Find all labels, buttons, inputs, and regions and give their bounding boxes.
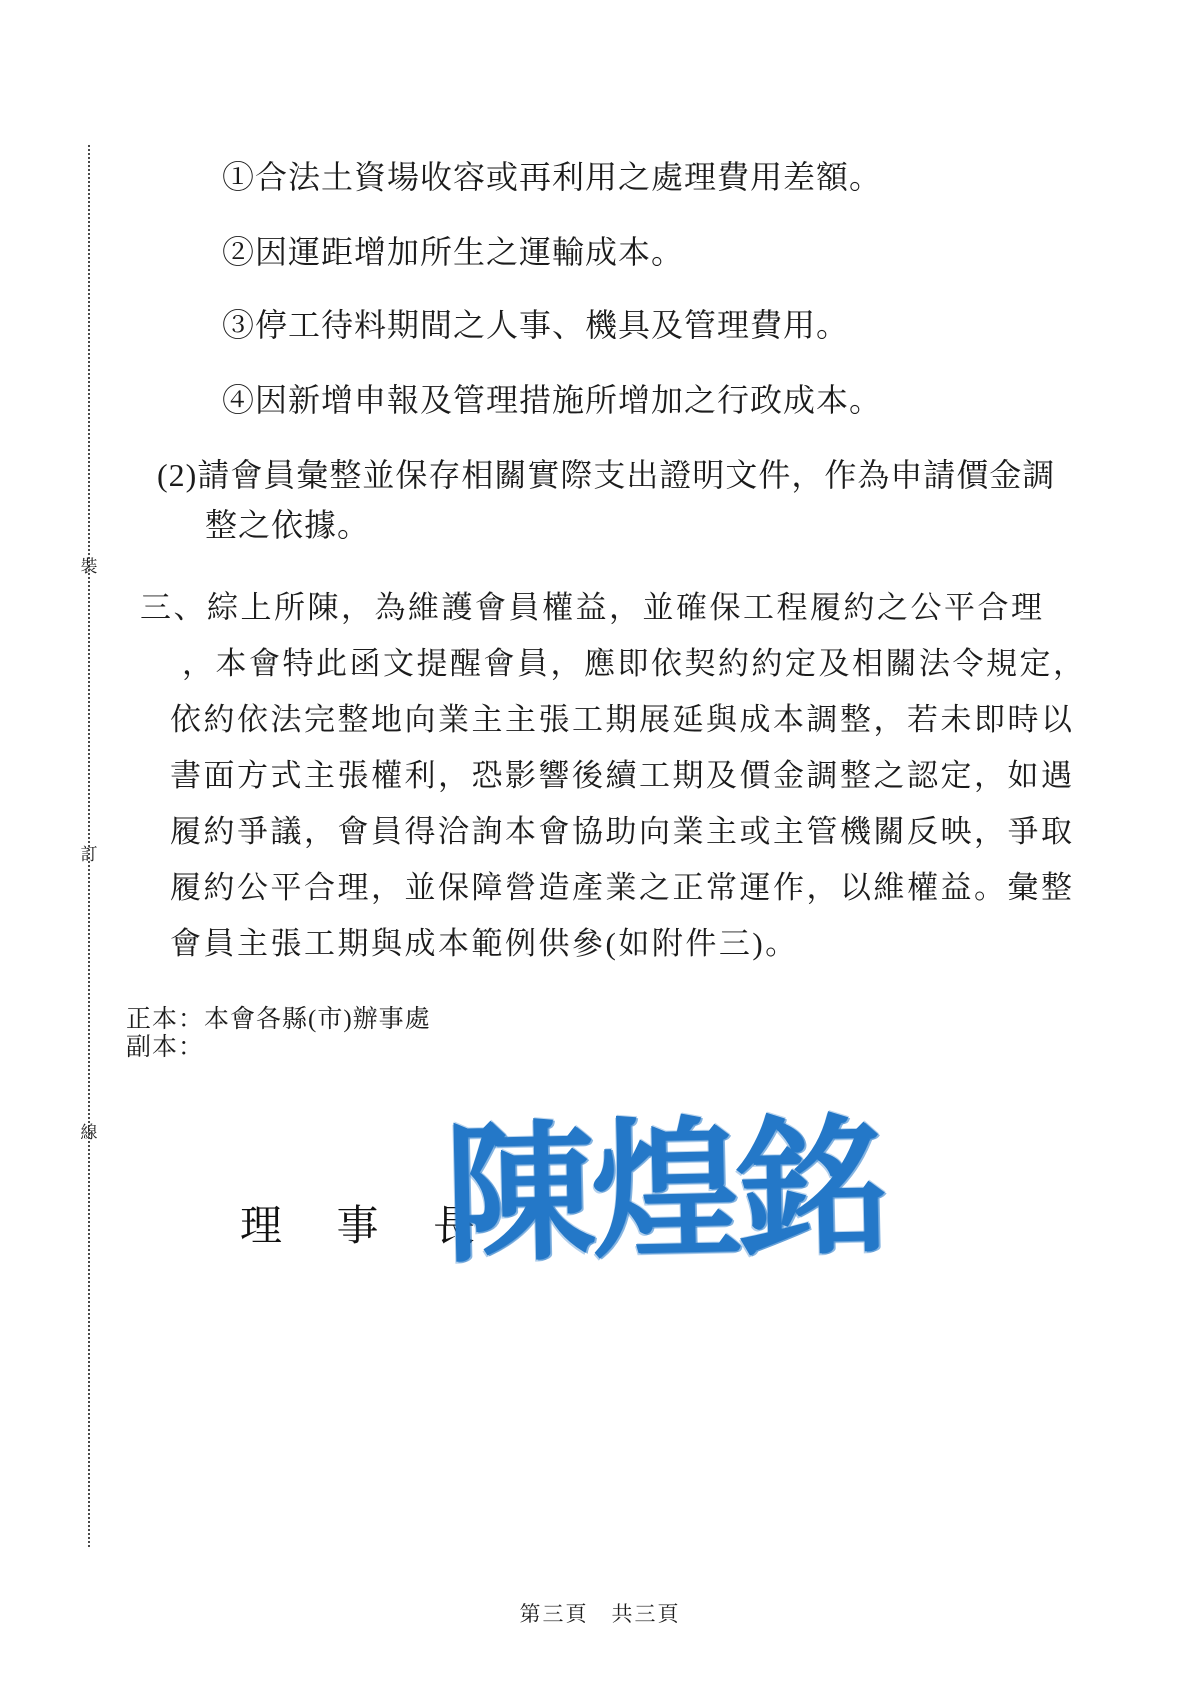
document-page: 裝 訂 線 ①合法土資場收容或再利用之處理費用差額。 ②因運距增加所生之運輸成本… [0, 0, 1200, 1697]
item-2-line-2: 整之依據。 [205, 509, 370, 541]
section-3-line-7: 會員主張工期與成本範例供參(如附件三)。 [170, 928, 799, 959]
page-number-footer: 第三頁 共三頁 [0, 1604, 1200, 1625]
distribution-original: 正本：本會各縣(市)辦事處 [126, 1007, 431, 1032]
sub-item-3: ③停工待料期間之人事、機具及管理費用。 [222, 309, 849, 341]
section-3-line-3: 依約依法完整地向業主主張工期展延與成本調整，若未即時以 [170, 704, 1075, 735]
distribution-copy: 副本： [126, 1035, 204, 1060]
sub-item-4: ④因新增申報及管理措施所增加之行政成本。 [222, 384, 882, 416]
binding-mark-zhuang: 裝 [78, 558, 100, 575]
section-3-line-2: ，本會特此函文提醒會員，應即依契約約定及相關法令規定， [182, 648, 1087, 679]
section-3-line-1: 三、綜上所陳，為維護會員權益，並確保工程履約之公平合理 [140, 592, 1045, 623]
binding-mark-ding: 訂 [78, 846, 100, 863]
sub-item-2: ②因運距增加所生之運輸成本。 [222, 236, 684, 268]
section-3-line-5: 履約爭議，會員得洽詢本會協助向業主或主管機關反映，爭取 [170, 816, 1075, 847]
item-2-line-1: (2)請會員彙整並保存相關實際支出證明文件，作為申請價金調 [157, 459, 1055, 491]
chairman-signature: 陳煌銘 [443, 1113, 884, 1272]
sub-item-1: ①合法土資場收容或再利用之處理費用差額。 [222, 161, 882, 193]
binding-mark-xian: 線 [78, 1124, 100, 1141]
section-3-line-4: 書面方式主張權利，恐影響後續工期及價金調整之認定，如遇 [170, 760, 1075, 791]
section-3-line-6: 履約公平合理，並保障營造產業之正常運作，以維權益。彙整 [170, 872, 1075, 903]
